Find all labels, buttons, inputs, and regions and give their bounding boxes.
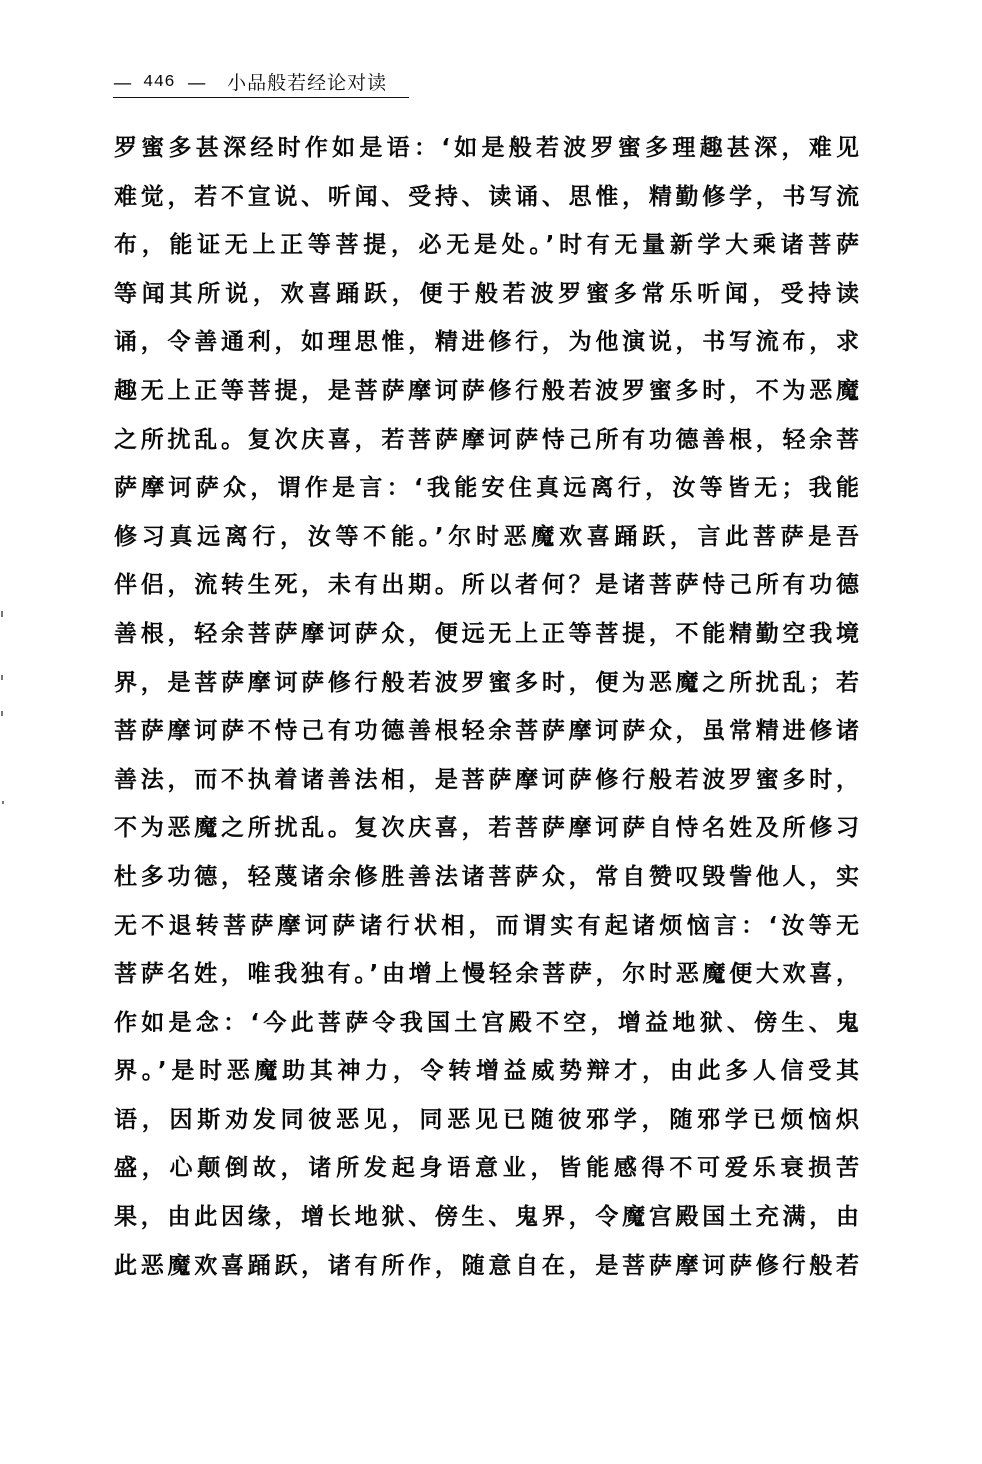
running-header: — 446 — 小品般若经论对读	[113, 68, 409, 98]
text-line: 诵，令善通利，如理思惟，精进修行，为他演说，书写流布，求	[114, 318, 859, 367]
text-line: 杜多功德，轻蔑诸余修胜善法诸菩萨众，常自赞叹毁訾他人，实	[114, 853, 859, 902]
header-dash-right: —	[187, 71, 205, 95]
text-line: 无不退转菩萨摩诃萨诸行状相，而谓实有起诸烦恼言：‘汝等无	[114, 902, 859, 951]
text-line: 趣无上正等菩提，是菩萨摩诃萨修行般若波罗蜜多时，不为恶魔	[114, 367, 859, 416]
text-line: 界，是菩萨摩诃萨修行般若波罗蜜多时，便为恶魔之所扰乱；若	[114, 659, 859, 708]
text-line: 果，由此因缘，增长地狱、傍生、鬼界，令魔宫殿国土充满，由	[114, 1193, 859, 1242]
scan-artifact	[1, 675, 3, 680]
header-dash-left: —	[113, 71, 131, 95]
body-text: 罗蜜多甚深经时作如是语：‘如是般若波罗蜜多理趣甚深，难见 难觉，若不宣说、听闻、…	[114, 124, 859, 1290]
text-line: 等闻其所说，欢喜踊跃，便于般若波罗蜜多常乐听闻，受持读	[114, 270, 859, 319]
scan-artifact	[1, 711, 3, 716]
text-line: 布，能证无上正等菩提，必无是处。’时有无量新学大乘诸菩萨	[114, 221, 859, 270]
text-line: 善法，而不执着诸善法相，是菩萨摩诃萨修行般若波罗蜜多时，	[114, 756, 859, 805]
text-line: 难觉，若不宣说、听闻、受持、读诵、思惟，精勤修学，书写流	[114, 173, 859, 222]
text-line: 此恶魔欢喜踊跃，诸有所作，随意自在，是菩萨摩诃萨修行般若	[114, 1242, 859, 1291]
text-line: 语，因斯劝发同彼恶见，同恶见已随彼邪学，随邪学已烦恼炽	[114, 1096, 859, 1145]
scan-artifact	[1, 611, 3, 617]
page-number: 446	[143, 71, 175, 95]
text-line: 盛，心颠倒故，诸所发起身语意业，皆能感得不可爱乐衰损苦	[114, 1144, 859, 1193]
text-line: 界。’是时恶魔助其神力，令转增益威势辩才，由此多人信受其	[114, 1047, 859, 1096]
text-line: 之所扰乱。复次庆喜，若菩萨摩诃萨恃己所有功德善根，轻余菩	[114, 416, 859, 465]
text-line: 伴侣，流转生死，未有出期。所以者何？是诸菩萨恃己所有功德	[114, 561, 859, 610]
scan-artifact	[2, 801, 4, 804]
text-line: 罗蜜多甚深经时作如是语：‘如是般若波罗蜜多理趣甚深，难见	[114, 124, 859, 173]
text-line: 修习真远离行，汝等不能。’尔时恶魔欢喜踊跃，言此菩萨是吾	[114, 513, 859, 562]
text-line: 菩萨摩诃萨不恃己有功德善根轻余菩萨摩诃萨众，虽常精进修诸	[114, 707, 859, 756]
text-line: 菩萨名姓，唯我独有。’由增上慢轻余菩萨，尔时恶魔便大欢喜，	[114, 950, 859, 999]
book-title: 小品般若经论对读	[227, 71, 387, 95]
text-line: 萨摩诃萨众，谓作是言：‘我能安住真远离行，汝等皆无；我能	[114, 464, 859, 513]
text-line: 善根，轻余菩萨摩诃萨众，便远无上正等菩提，不能精勤空我境	[114, 610, 859, 659]
text-line: 不为恶魔之所扰乱。复次庆喜，若菩萨摩诃萨自恃名姓及所修习	[114, 804, 859, 853]
text-line: 作如是念：‘今此菩萨令我国土宫殿不空，增益地狱、傍生、鬼	[114, 999, 859, 1048]
